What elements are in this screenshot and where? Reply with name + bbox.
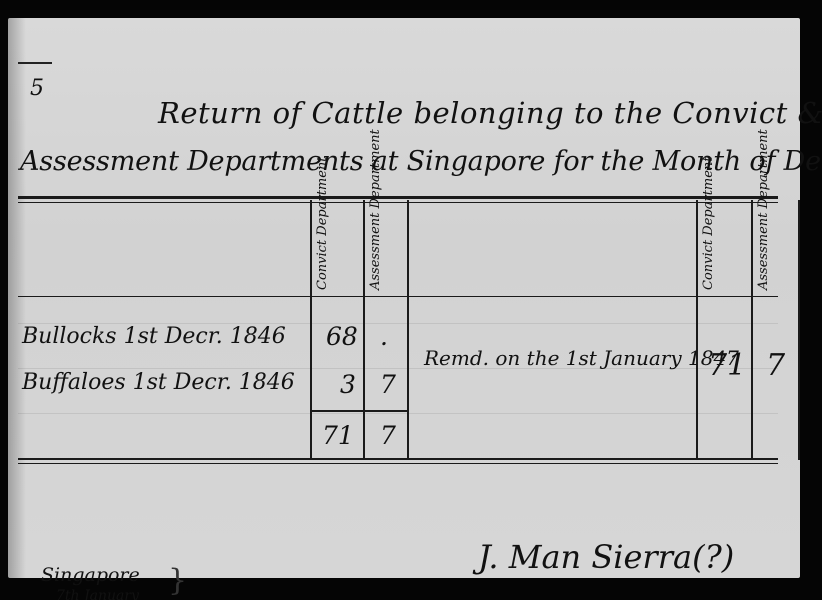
title-line-1: Return of Cattle belonging to the Convic…: [158, 96, 822, 130]
table-bottom-rule: [18, 458, 778, 460]
signature: J. Man Sierra(?): [478, 538, 734, 576]
header-assessment-dept: Assessment Department: [368, 129, 383, 290]
bullocks-convict: 68: [326, 322, 358, 351]
remaining-convict: 71: [708, 348, 746, 383]
col-divider: [407, 200, 409, 460]
folio-number: 5: [30, 76, 44, 101]
col-divider: [310, 200, 312, 460]
bullocks-assessment: .: [380, 322, 388, 351]
table-top-rule-2: [18, 202, 778, 203]
row-label-buffaloes: Buffaloes 1st Decr. 1846: [22, 370, 295, 395]
folio-rule: [18, 62, 52, 64]
table-top-rule: [18, 196, 778, 199]
footer-place: Singapore: [41, 564, 140, 586]
buffaloes-convict: 3: [340, 370, 356, 399]
table-bottom-rule-2: [18, 463, 778, 464]
total-convict: 71: [322, 421, 354, 450]
brace-mark: }: [168, 563, 187, 598]
header-convict-dept-right: Convict Department: [701, 156, 716, 290]
buffaloes-assessment: 7: [380, 370, 396, 399]
total-assessment: 7: [380, 421, 396, 450]
header-convict-dept: Convict Department: [315, 156, 330, 290]
remaining-label: Remd. on the 1st January 1847: [424, 346, 739, 370]
footer-date: 7th January: [56, 588, 139, 600]
total-rule: [310, 410, 408, 412]
document-page: 5 Return of Cattle belonging to the Conv…: [8, 18, 800, 578]
header-assessment-dept-right: Assessment Department: [756, 129, 771, 290]
row-label-bullocks: Bullocks 1st Decr. 1846: [22, 324, 286, 349]
col-divider: [751, 200, 753, 460]
col-divider: [798, 200, 800, 460]
header-bottom-rule: [18, 296, 778, 297]
col-divider: [696, 200, 698, 460]
col-divider: [363, 200, 365, 460]
remaining-assessment: 7: [766, 348, 785, 383]
